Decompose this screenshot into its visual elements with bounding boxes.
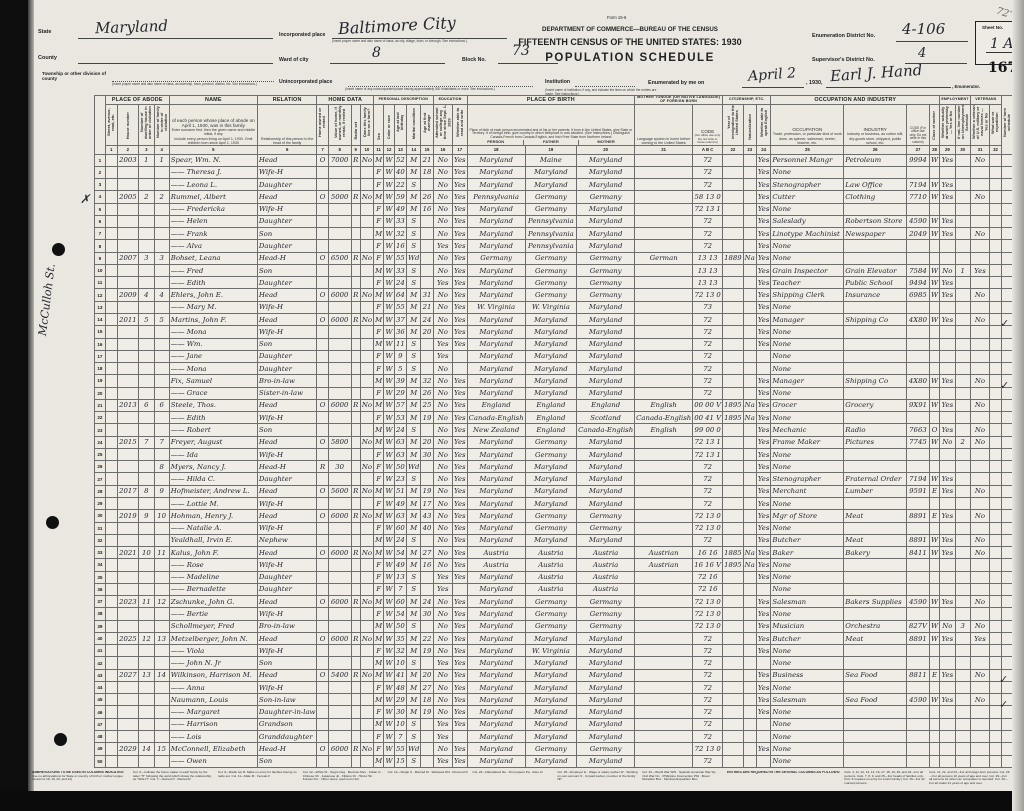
cell-tongue [635, 154, 693, 166]
cell-imm [723, 583, 744, 595]
cell-radio: R [351, 399, 360, 411]
cell-family [154, 166, 169, 178]
cell-occ: Butcher [771, 632, 844, 644]
cell-code: 72 [693, 718, 723, 730]
cell-nat [743, 424, 756, 436]
table-row: 268Myers, Nancy J.Head-HR30NoFW50WdNoYes… [95, 461, 1024, 473]
cell-occ: None [771, 657, 844, 669]
cell-imm: 1895 [723, 412, 744, 424]
cell-wk: Yes [940, 510, 955, 522]
cell-ind [844, 387, 907, 399]
group-place-of-abode: PLACE OF ABODE [105, 96, 169, 105]
cell-eng: Yes [756, 277, 771, 289]
cell-age: 9 [394, 350, 406, 362]
cell-dwelling [139, 657, 154, 669]
cell-code: 72 13 0 [693, 522, 723, 534]
cell-cls: W [929, 191, 939, 203]
cell-age: 15 [394, 755, 406, 767]
cell-ue [955, 694, 970, 706]
cell-lineL: 30 [95, 510, 106, 522]
cell-rw: Yes [453, 485, 468, 497]
cell-cls: W [929, 547, 939, 559]
cell-relation: Wife-H [257, 559, 317, 571]
cell-fbp: Maryland [525, 534, 576, 546]
cell-value: 6000 [328, 547, 351, 559]
hole-punch [46, 516, 59, 529]
cell-marital: M [406, 399, 421, 411]
cell-farm [360, 338, 373, 350]
cell-value: 6000 [328, 596, 351, 608]
cell-school: No [433, 215, 452, 227]
col-header-english: Whether able to speak English [756, 104, 771, 145]
cell-ocode [907, 387, 930, 399]
cell-relation: Son [257, 338, 317, 350]
cell-house [117, 277, 139, 289]
cell-name: —— Edith [169, 412, 257, 424]
cell-radio [351, 694, 360, 706]
cell-fbp: Germany [525, 436, 576, 448]
cell-street [105, 473, 117, 485]
cell-race: W [384, 203, 394, 215]
cell-marital: S [406, 363, 421, 375]
cell-radio: R [351, 485, 360, 497]
cell-vet [970, 240, 989, 252]
cell-dwelling [139, 215, 154, 227]
cell-ue [955, 350, 970, 362]
cell-street [105, 632, 117, 644]
cell-name: —— Alva [169, 240, 257, 252]
cell-lineL: 9 [95, 252, 106, 264]
cell-house [117, 706, 139, 718]
cell-radio [351, 338, 360, 350]
col-header-read-write: Whether able to read and write [453, 104, 468, 145]
cell-vet [970, 350, 989, 362]
cell-vet: Yes [970, 632, 989, 644]
cell-sex: F [374, 645, 384, 657]
cell-age: 48 [394, 681, 406, 693]
cell-family: 9 [154, 485, 169, 497]
cell-imm [723, 497, 744, 509]
cell-agem: 27 [421, 547, 433, 559]
cell-name: —— Jane [169, 350, 257, 362]
cell-school: No [433, 412, 452, 424]
cell-radio: R [351, 510, 360, 522]
cell-rw: Yes [453, 424, 468, 436]
cell-bp: Maryland [467, 313, 525, 325]
cell-marital: S [406, 755, 421, 767]
enumerated-label: Enumerated by me on [648, 80, 704, 86]
cell-code: 00 41 V [693, 412, 723, 424]
cell-agem: 19 [421, 412, 433, 424]
cell-own [317, 608, 328, 620]
cell-radio [351, 534, 360, 546]
cell-relation: Head [257, 191, 317, 203]
cell-vet [970, 387, 989, 399]
cell-tongue [635, 645, 693, 657]
cell-cls: W [929, 694, 939, 706]
cell-wk: Yes [940, 399, 955, 411]
cell-rw: Yes [453, 301, 468, 313]
cell-ue [955, 179, 970, 191]
cell-agem: 19 [421, 645, 433, 657]
cell-agem: 26 [421, 191, 433, 203]
cell-marital: M [406, 289, 421, 301]
cell-wk: Yes [940, 228, 955, 240]
cell-vet [970, 731, 989, 743]
cell-farm: No [360, 485, 373, 497]
cell-bp: Maryland [467, 473, 525, 485]
cell-fbp: Austria [525, 583, 576, 595]
cell-imm [723, 485, 744, 497]
cell-lineL: 34 [95, 559, 106, 571]
cell-radio: R [351, 191, 360, 203]
cell-bp: Maryland [467, 596, 525, 608]
cell-value [328, 755, 351, 767]
cell-imm [723, 387, 744, 399]
cell-imm [723, 436, 744, 448]
check-mark: ✓ [1000, 379, 1009, 392]
cell-age: 40 [394, 166, 406, 178]
hole-punch [54, 733, 67, 746]
cell-eng: Yes [756, 485, 771, 497]
cell-dwelling [139, 363, 154, 375]
cell-agem [421, 363, 433, 375]
cell-tongue [635, 571, 693, 583]
cell-value: 6000 [328, 510, 351, 522]
table-row: 35—— MadelineDaughterFW13SYesYesMaryland… [95, 571, 1024, 583]
cell-occ: None [771, 252, 844, 264]
cell-radio: R [351, 154, 360, 166]
cell-bp: Maryland [467, 755, 525, 767]
cell-wk: Yes [940, 596, 955, 608]
cell-ocode [907, 166, 930, 178]
cell-own: O [317, 743, 328, 755]
cell-sex: M [374, 534, 384, 546]
cell-marital: M [406, 669, 421, 681]
cell-marital: S [406, 424, 421, 436]
table-row: 34—— RoseWife-HFW49M16NoYesAustriaAustri… [95, 559, 1024, 571]
cell-value [328, 338, 351, 350]
cell-cls: W [929, 313, 939, 325]
cell-tongue: English [635, 399, 693, 411]
cell-value [328, 412, 351, 424]
cell-race: W [384, 731, 394, 743]
cell-house [117, 681, 139, 693]
cell-relation: Bro-in-law [257, 375, 317, 387]
cell-name: —— Anna [169, 681, 257, 693]
cell-mbp: Maryland [577, 301, 635, 313]
cell-ind: Grain Elevator [844, 264, 907, 276]
cell-street [105, 166, 117, 178]
cell-rw [453, 583, 468, 595]
cell-ocode [907, 657, 930, 669]
cell-code: 72 13 0 [693, 289, 723, 301]
cell-cls [929, 301, 939, 313]
incorporated-note: (Insert proper name and also name of cla… [332, 40, 510, 44]
cell-ue [955, 657, 970, 669]
township-label: Township or other division of county [42, 71, 112, 81]
cell-occ: None [771, 718, 844, 730]
cell-tongue [635, 755, 693, 767]
cell-wk [940, 571, 955, 583]
cell-sex: M [374, 289, 384, 301]
cell-ind: Bakers Supplies [844, 596, 907, 608]
cell-own [317, 583, 328, 595]
cell-ind: Sea Food [844, 669, 907, 681]
cell-dwelling [139, 424, 154, 436]
cell-imm [723, 755, 744, 767]
cell-rw: Yes [453, 375, 468, 387]
cell-rw: Yes [453, 166, 468, 178]
cell-lineL: 26 [95, 461, 106, 473]
cell-vet [970, 252, 989, 264]
cell-own: O [317, 191, 328, 203]
cell-value: 30 [328, 461, 351, 473]
cell-bp: Maryland [467, 510, 525, 522]
cell-radio [351, 681, 360, 693]
table-row: 9200733Bohset, LeanaHead-HO6500RNoFW55Wd… [95, 252, 1024, 264]
cell-farm [360, 387, 373, 399]
cell-agem [421, 534, 433, 546]
cell-relation: Head [257, 669, 317, 681]
cell-cls [929, 608, 939, 620]
col-header-sex: Sex [374, 104, 384, 145]
cell-ue [955, 252, 970, 264]
cell-vet [970, 203, 989, 215]
cell-age: 29 [394, 694, 406, 706]
street-name-vertical: McCulloh St. [36, 263, 58, 337]
cell-dwelling [139, 461, 154, 473]
cell-farm [360, 608, 373, 620]
cell-imm [723, 718, 744, 730]
cell-nat: Na [743, 412, 756, 424]
cell-street [105, 363, 117, 375]
cell-name: —— Bernadette [169, 583, 257, 595]
cell-wk [940, 681, 955, 693]
x-mark: ✗ [80, 192, 90, 206]
cell-war [990, 718, 1002, 730]
cell-eng: Yes [756, 571, 771, 583]
cell-cls: W [929, 289, 939, 301]
cell-eng: Yes [756, 412, 771, 424]
cell-fbp: England [525, 424, 576, 436]
cell-eng: Yes [756, 694, 771, 706]
cell-bp: Maryland [467, 706, 525, 718]
cell-ue [955, 375, 970, 387]
cell-ue [955, 485, 970, 497]
cell-name: —— Owen [169, 755, 257, 767]
cell-occ: Butcher [771, 534, 844, 546]
cell-wk: Yes [940, 694, 955, 706]
cell-name: —— Margaret [169, 706, 257, 718]
cell-nat [743, 731, 756, 743]
cell-age: 53 [394, 412, 406, 424]
cell-code: 72 16 [693, 571, 723, 583]
cell-marital: M [406, 694, 421, 706]
cell-marital: M [406, 191, 421, 203]
cell-war [990, 755, 1002, 767]
cell-ocode [907, 203, 930, 215]
cell-school: No [433, 497, 452, 509]
cell-tongue [635, 166, 693, 178]
group-home-data: HOME DATA [317, 96, 374, 105]
cell-bp: Maryland [467, 583, 525, 595]
cell-agem [421, 731, 433, 743]
cell-fbp: England [525, 399, 576, 411]
cell-street [105, 694, 117, 706]
cell-wk [940, 583, 955, 595]
cell-bp: Maryland [467, 632, 525, 644]
cell-lineL: 38 [95, 608, 106, 620]
cell-rw: Yes [453, 743, 468, 755]
cell-ind [844, 338, 907, 350]
cell-ind: Shipping Co [844, 375, 907, 387]
cell-nat: Na [743, 547, 756, 559]
cell-dwelling [139, 448, 154, 460]
cell-code: 72 13 0 [693, 596, 723, 608]
cell-radio: R [351, 743, 360, 755]
cell-farm [360, 363, 373, 375]
cell-radio [351, 203, 360, 215]
cell-nat [743, 375, 756, 387]
cell-agem: 27 [421, 681, 433, 693]
cell-relation: Wife-H [257, 645, 317, 657]
cell-agem: 26 [421, 387, 433, 399]
cell-agem [421, 338, 433, 350]
cell-mbp: Germany [577, 620, 635, 632]
cell-name: Yealdhall, Irvin E. [169, 534, 257, 546]
cell-own: R [317, 461, 328, 473]
cell-fs [1001, 424, 1012, 436]
cell-name: Fix, Samuel [169, 375, 257, 387]
cell-tongue [635, 387, 693, 399]
cell-age: 32 [394, 228, 406, 240]
cell-wk: Yes [940, 547, 955, 559]
cell-code: 72 13 0 [693, 608, 723, 620]
cell-own [317, 645, 328, 657]
cell-mbp: Germany [577, 608, 635, 620]
cell-dwelling [139, 522, 154, 534]
cell-ocode: 4X80 [907, 313, 930, 325]
cell-nat [743, 461, 756, 473]
cell-sex: F [374, 301, 384, 313]
cell-occ: None [771, 645, 844, 657]
cell-farm: No [360, 313, 373, 325]
cell-bp: Maryland [467, 608, 525, 620]
cell-ind [844, 522, 907, 534]
cell-wk [940, 448, 955, 460]
cell-house [117, 473, 139, 485]
cell-own [317, 694, 328, 706]
cell-sex: M [374, 632, 384, 644]
cell-agem: 31 [421, 289, 433, 301]
cell-street [105, 387, 117, 399]
cell-value [328, 620, 351, 632]
cell-eng [756, 583, 771, 595]
cell-age: 39 [394, 375, 406, 387]
cell-wk: Yes [940, 191, 955, 203]
cell-fbp: Germany [525, 743, 576, 755]
col-header-farm: Does this family live on a farm? [360, 104, 373, 145]
cell-value [328, 534, 351, 546]
cell-age: 16 [394, 240, 406, 252]
cell-wk [940, 252, 955, 264]
cell-tongue [635, 632, 693, 644]
cell-name: —— Hilda C. [169, 473, 257, 485]
cell-agem: 30 [421, 448, 433, 460]
cell-street [105, 681, 117, 693]
cell-agem [421, 252, 433, 264]
cell-dwelling [139, 534, 154, 546]
cell-war [990, 547, 1002, 559]
cell-agem [421, 179, 433, 191]
cell-own: O [317, 510, 328, 522]
cell-farm [360, 375, 373, 387]
cell-imm [723, 264, 744, 276]
table-row: 18—— MonaDaughterFW5SNoMarylandMarylandM… [95, 363, 1024, 375]
cell-lineL: 24 [95, 436, 106, 448]
cell-race: W [384, 166, 394, 178]
col-header-worked: Whether actually at work yesterday — Yes… [940, 104, 955, 145]
cell-fbp: Pennsylvania [525, 240, 576, 252]
cell-ue [955, 632, 970, 644]
cell-sex: F [374, 681, 384, 693]
cell-race: W [384, 632, 394, 644]
cell-farm [360, 694, 373, 706]
cell-imm [723, 215, 744, 227]
cell-name: Hofmeister, Andrew L. [169, 485, 257, 497]
cell-mbp: Maryland [577, 179, 635, 191]
cell-family [154, 301, 169, 313]
table-row: 29—— Lottie M.Wife-HFW49M17NoYesMaryland… [95, 497, 1024, 509]
cell-cls [929, 448, 939, 460]
cell-school: No [433, 228, 452, 240]
cell-age: 10 [394, 657, 406, 669]
institution-label: Institution [545, 79, 570, 85]
cell-marital: S [406, 215, 421, 227]
cell-marital: M [406, 326, 421, 338]
cell-family [154, 694, 169, 706]
cell-mbp: Maryland [577, 755, 635, 767]
cell-street [105, 203, 117, 215]
cell-race: W [384, 547, 394, 559]
cell-fbp: Germany [525, 277, 576, 289]
cell-sex: M [374, 313, 384, 325]
cell-imm [723, 706, 744, 718]
cell-wk [940, 522, 955, 534]
cell-dwelling [139, 706, 154, 718]
cell-ue [955, 203, 970, 215]
cell-eng: Yes [756, 534, 771, 546]
cell-school: No [433, 547, 452, 559]
cell-dwelling [139, 681, 154, 693]
col-header-radio: Radio set [351, 104, 360, 145]
cell-code: 72 [693, 179, 723, 191]
cell-marital: Wd [406, 252, 421, 264]
cell-ocode: 7194 [907, 473, 930, 485]
cell-sex: F [374, 203, 384, 215]
cell-eng: Yes [756, 547, 771, 559]
cell-dwelling: 4 [139, 289, 154, 301]
cell-sex: M [374, 755, 384, 767]
cell-tongue [635, 179, 693, 191]
cell-lineL: 22 [95, 412, 106, 424]
cell-age: 24 [394, 277, 406, 289]
cell-vet [970, 412, 989, 424]
cell-marital: S [406, 571, 421, 583]
cell-fbp: Germany [525, 510, 576, 522]
cell-eng: Yes [756, 596, 771, 608]
